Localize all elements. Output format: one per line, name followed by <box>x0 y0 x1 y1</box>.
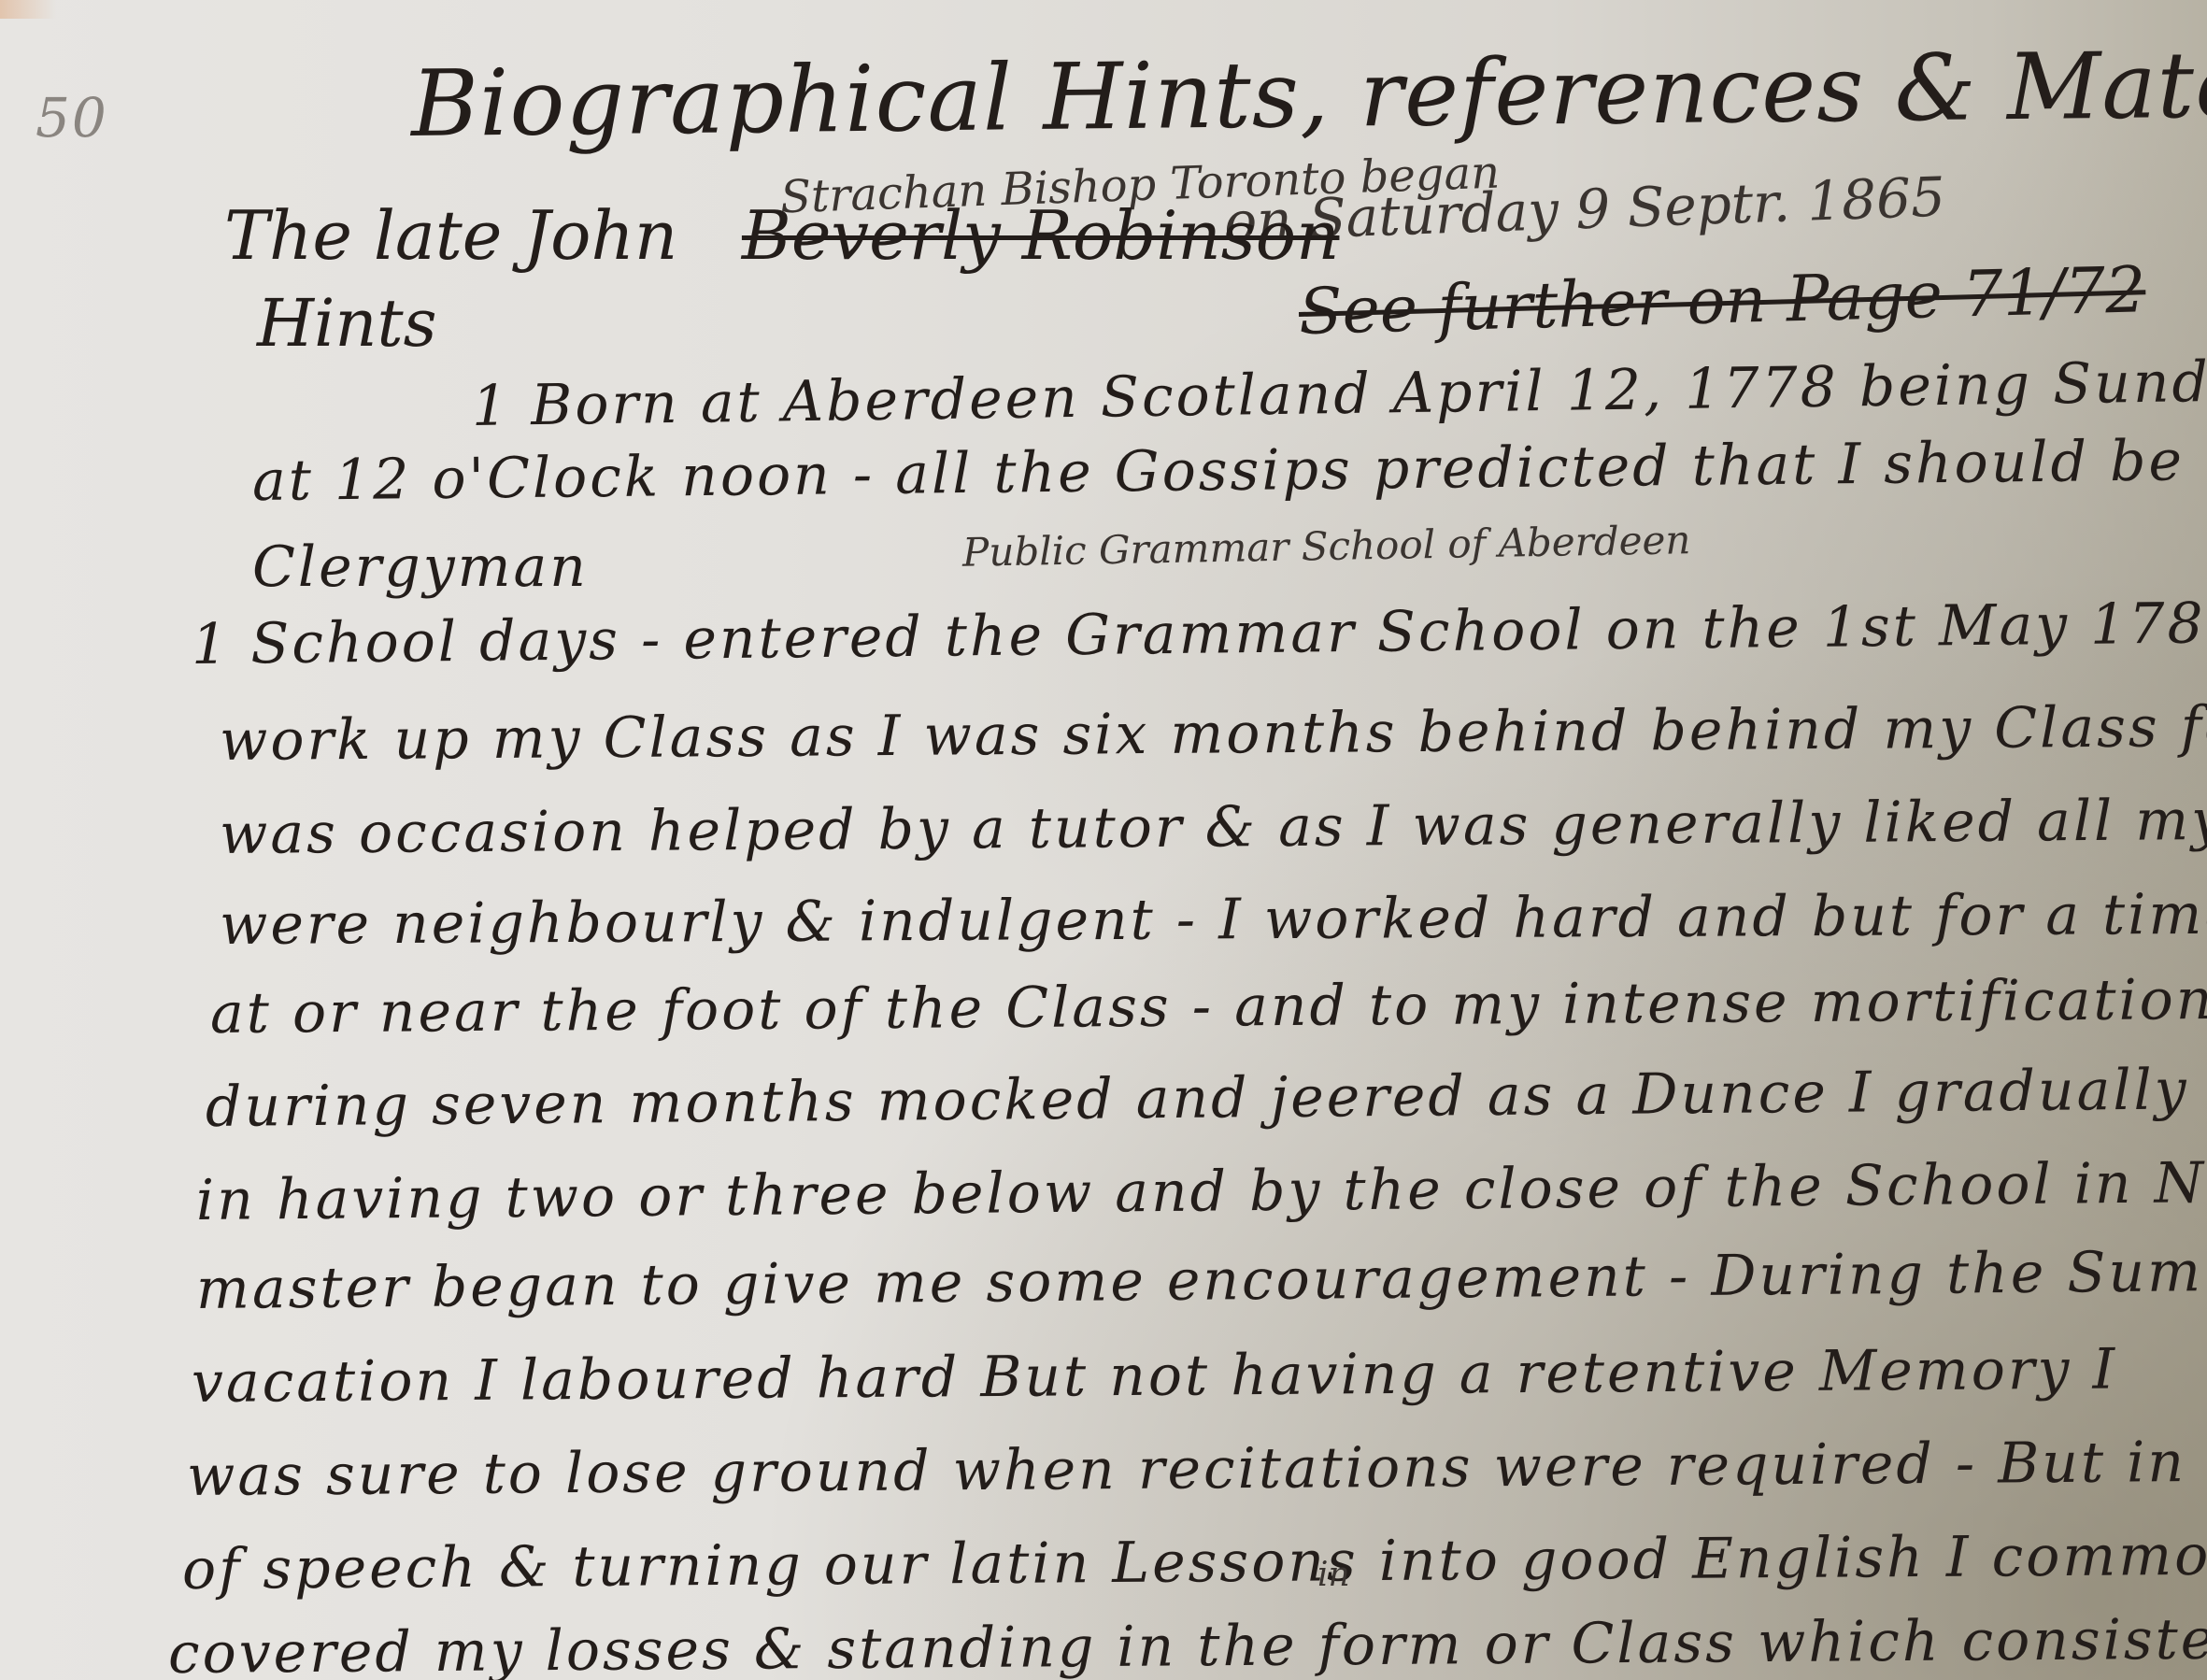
interlinear-note-public-grammar: Public Grammar School of Aberdeen <box>962 517 1691 576</box>
manuscript-line: of speech & turning our latin Lessons in… <box>182 1521 2207 1602</box>
manuscript-line: work up my Class as I was six months beh… <box>220 693 2207 774</box>
manuscript-line: was occasion helped by a tutor & as I wa… <box>220 785 2207 867</box>
struck-cross-reference: See further on Page 71/72 <box>1298 253 2146 349</box>
heading-prefix: The late John <box>224 196 677 275</box>
manuscript-line: was sure to lose ground when recitations… <box>187 1429 2207 1509</box>
page-corner-stain <box>0 0 56 19</box>
manuscript-line: Clergyman <box>252 534 589 600</box>
page-title: Biographical Hints, references & Materia… <box>410 30 2207 158</box>
manuscript-line: 1 Born at Aberdeen Scotland April 12, 17… <box>472 349 2207 439</box>
manuscript-line: master began to give me some encourageme… <box>196 1238 2207 1322</box>
folio-number: 50 <box>36 86 108 149</box>
manuscript-line: vacation I laboured hard But not having … <box>192 1337 2118 1416</box>
manuscript-line: at 12 o'Clock noon - all the Gossips pre… <box>252 428 2207 514</box>
interlinear-note-in: in <box>1317 1556 1350 1594</box>
manuscript-line: 1 School days - entered the Grammar Scho… <box>192 589 2207 677</box>
manuscript-line: covered my losses & standing in the form… <box>168 1604 2207 1680</box>
struck-name: Beverly Robinson <box>742 196 1340 275</box>
manuscript-page: 50 Biographical Hints, references & Mate… <box>0 0 2207 1680</box>
manuscript-line: were neighbourly & indulgent - I worked … <box>220 880 2207 958</box>
manuscript-line: in having two or three below and by the … <box>196 1147 2207 1233</box>
heading-line: The late John Beverly Robinson <box>224 196 1339 275</box>
manuscript-line: at or near the foot of the Class - and t… <box>210 966 2207 1046</box>
manuscript-line: during seven months mocked and jeered as… <box>206 1054 2207 1140</box>
section-label-hints: Hints <box>257 285 437 362</box>
